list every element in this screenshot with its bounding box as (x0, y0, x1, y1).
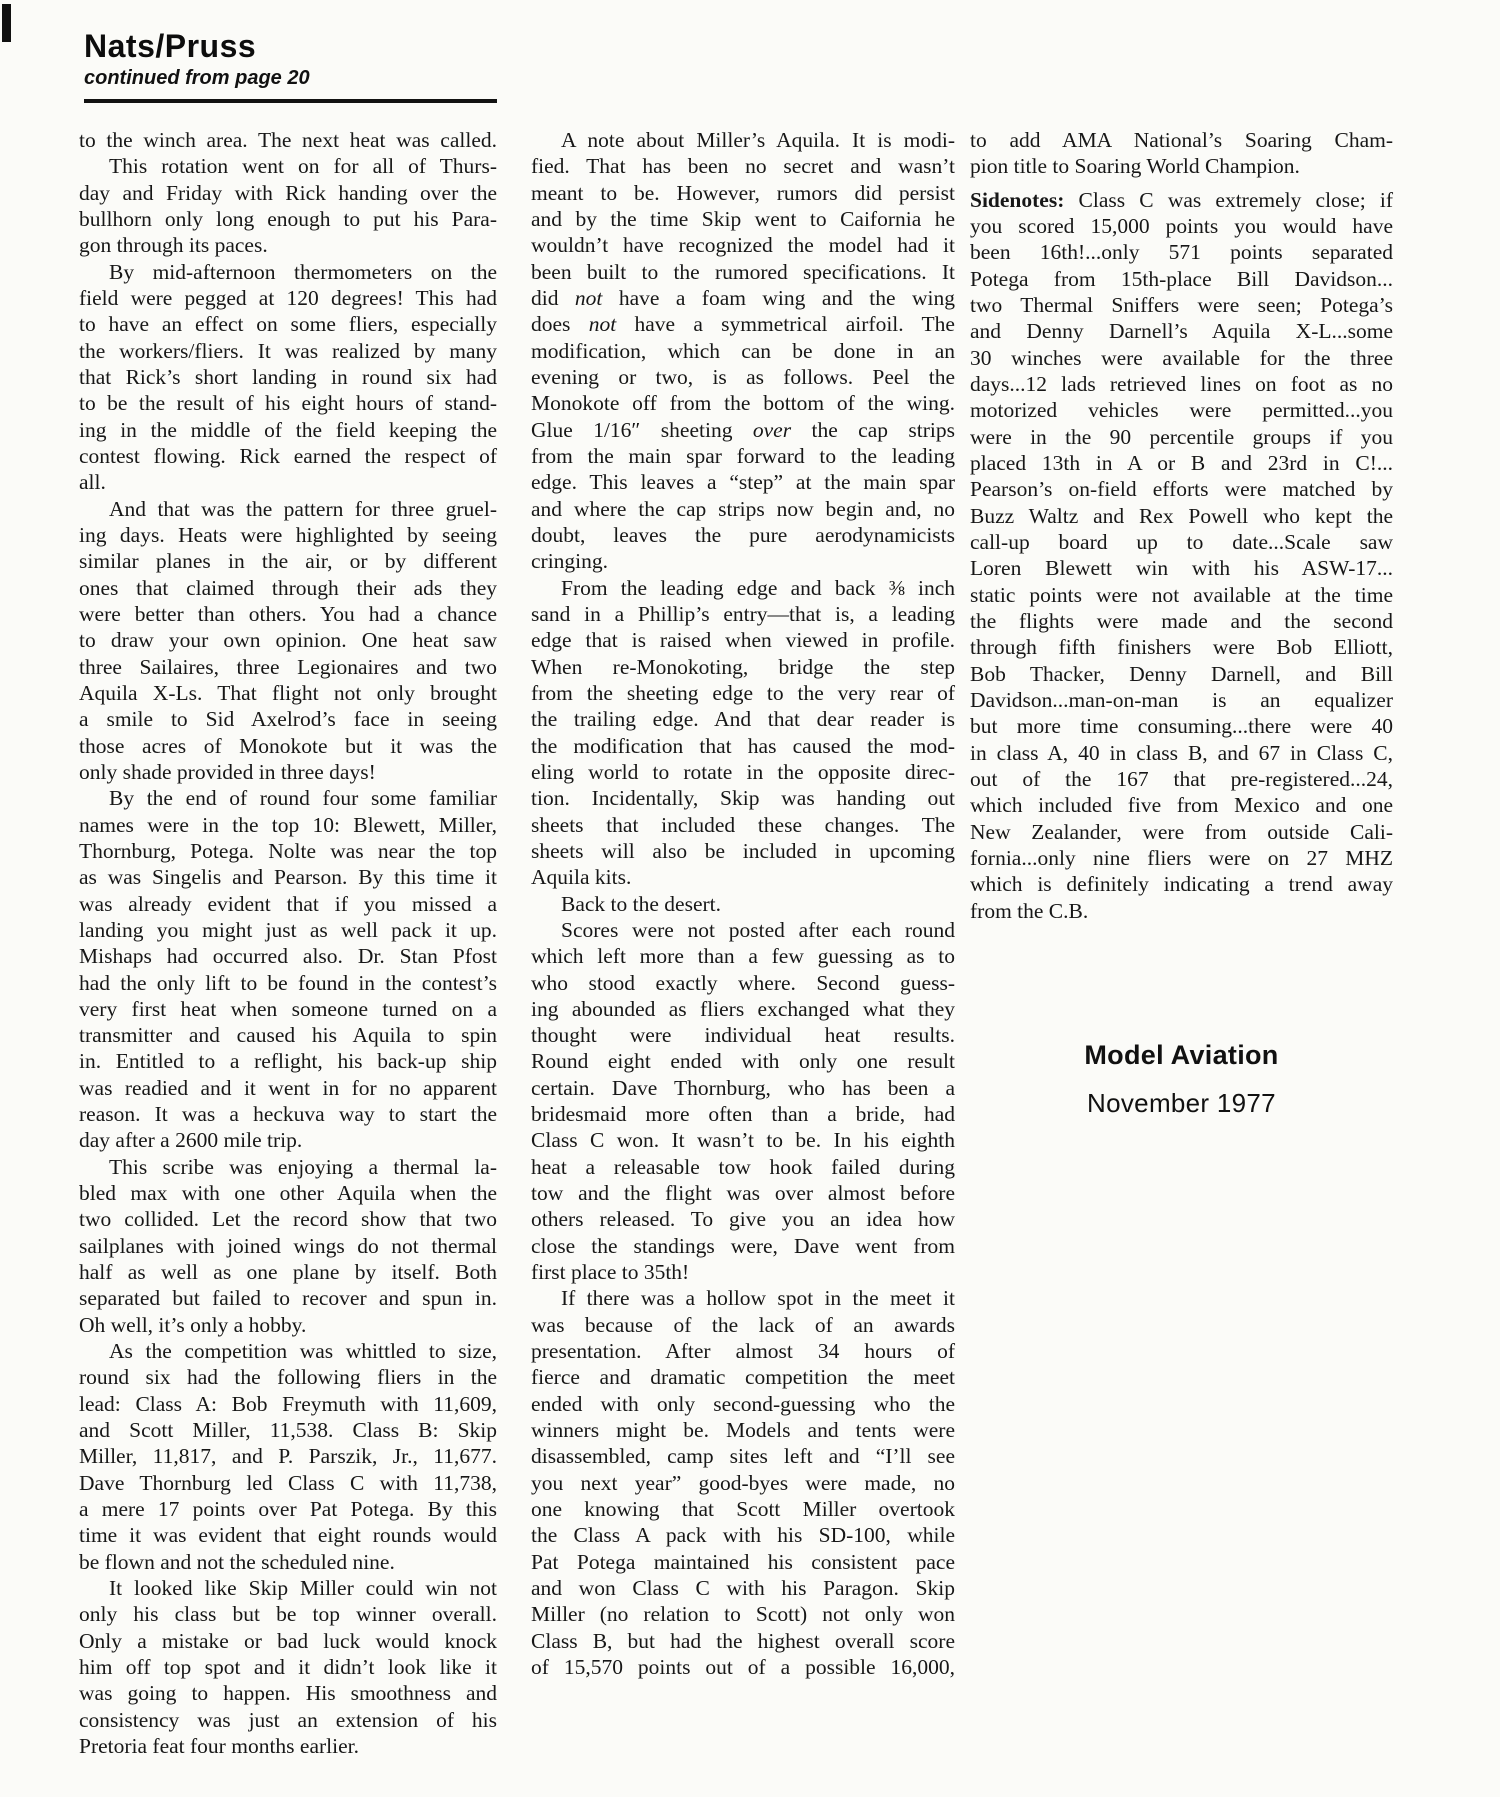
text-line: through fifth finishers were Bob Elliott… (970, 634, 1393, 660)
text-line: days...12 lads retrieved lines on foot a… (970, 371, 1393, 397)
text-line: the flights were made and the second (970, 608, 1393, 634)
scan-artifact (2, 4, 11, 42)
text-line: sand in a Phillip’s entry—that is, a lea… (531, 601, 955, 627)
text-line: in class A, 40 in class B, and 67 in Cla… (970, 740, 1393, 766)
magazine-attribution: Model Aviation November 1977 (970, 1040, 1393, 1119)
text-column-2: A note about Miller’s Aquila. It is modi… (531, 127, 955, 1680)
text-line: Potega from 15th-place Bill Davidson... (970, 266, 1393, 292)
text-line: ones that claimed through their ads they (79, 575, 497, 601)
text-line: By mid-afternoon thermometers on the (79, 259, 497, 285)
magazine-name: Model Aviation (970, 1040, 1393, 1071)
text-line: Mishaps had occurred also. Dr. Stan Pfos… (79, 943, 497, 969)
text-line: from the main spar forward to the leadin… (531, 443, 955, 469)
text-line: winners might be. Models and tents were (531, 1417, 955, 1443)
text-line: edge. This leaves a “step” at the main s… (531, 469, 955, 495)
text-line: meant to be. However, rumors did persist (531, 180, 955, 206)
text-line: was going to happen. His smoothness and (79, 1680, 497, 1706)
text-line: static points were not available at the … (970, 582, 1393, 608)
text-line: Loren Blewett win with his ASW-17... (970, 555, 1393, 581)
text-line: those acres of Monokote but it was the (79, 733, 497, 759)
text-line: names were in the top 10: Blewett, Mille… (79, 812, 497, 838)
text-line: ing abounded as fliers exchanged what th… (531, 996, 955, 1022)
text-line: Aquila X-Ls. That flight not only brough… (79, 680, 497, 706)
paragraph: Sidenotes: Class C was extremely close; … (970, 187, 1393, 924)
text-line: to the winch area. The next heat was cal… (79, 127, 497, 153)
text-line: eling world to rotate in the opposite di… (531, 759, 955, 785)
text-line: field were pegged at 120 degrees! This h… (79, 285, 497, 311)
text-line: Thornburg, Potega. Nolte was near the to… (79, 838, 497, 864)
text-line: When re-Monokoting, bridge the step (531, 654, 955, 680)
text-line: was because of the lack of an awards (531, 1312, 955, 1338)
text-line: sailplanes with joined wings do not ther… (79, 1233, 497, 1259)
text-line: been built to the rumored specifications… (531, 259, 955, 285)
text-line: Buzz Waltz and Rex Powell who kept the (970, 503, 1393, 529)
text-line: but more time consuming...there were 40 (970, 713, 1393, 739)
text-line: edge that is raised when viewed in profi… (531, 627, 955, 653)
text-line: Monokote off from the bottom of the wing… (531, 390, 955, 416)
text-line: thought were individual heat results. (531, 1022, 955, 1048)
text-line: heat a releasable tow hook failed during (531, 1154, 955, 1180)
paragraph: A note about Miller’s Aquila. It is modi… (531, 127, 955, 575)
text-line: three Sailaires, three Legionaires and t… (79, 654, 497, 680)
text-line: a mere 17 points over Pat Potega. By thi… (79, 1496, 497, 1522)
text-line: were in the 90 percentile groups if you (970, 424, 1393, 450)
text-line: lead: Class A: Bob Freymuth with 11,609, (79, 1391, 497, 1417)
text-line: out of the 167 that pre-registered...24, (970, 766, 1393, 792)
text-line: ing days. Heats were highlighted by seei… (79, 522, 497, 548)
paragraph: It looked like Skip Miller could win not… (79, 1575, 497, 1759)
text-line: gon through its paces. (79, 232, 497, 258)
text-line: contest flowing. Rick earned the respect… (79, 443, 497, 469)
text-line: and Scott Miller, 11,538. Class B: Skip (79, 1417, 497, 1443)
text-line: modification, which can be done in an (531, 338, 955, 364)
text-line: motorized vehicles were permitted...you (970, 397, 1393, 423)
text-line: Pearson’s on-field efforts were matched … (970, 476, 1393, 502)
text-line: the workers/fliers. It was realized by m… (79, 338, 497, 364)
text-line: were better than others. You had a chanc… (79, 601, 497, 627)
paragraph: By mid-afternoon thermometers on thefiel… (79, 259, 497, 496)
text-line: one knowing that Scott Miller overtook (531, 1496, 955, 1522)
paragraph: And that was the pattern for three gruel… (79, 496, 497, 786)
text-line: Back to the desert. (531, 891, 955, 917)
text-line: as was Singelis and Pearson. By this tim… (79, 864, 497, 890)
text-line: was already evident that if you missed a (79, 891, 497, 917)
paragraph: Back to the desert. (531, 891, 955, 917)
text-line: placed 13th in A or B and 23rd in C!... (970, 450, 1393, 476)
text-line: And that was the pattern for three gruel… (79, 496, 497, 522)
text-column-3: to add AMA National’s Soaring Cham-pion … (970, 127, 1393, 924)
paragraph: Scores were not posted after each roundw… (531, 917, 955, 1286)
text-line: you scored 15,000 points you would have (970, 213, 1393, 239)
text-line: a smile to Sid Axelrod’s face in seeing (79, 706, 497, 732)
text-line: day and Friday with Rick handing over th… (79, 180, 497, 206)
text-line: did not have a foam wing and the wing (531, 285, 955, 311)
text-line: fierce and dramatic competition the meet (531, 1364, 955, 1390)
text-line: in. Entitled to a reflight, his back-up … (79, 1048, 497, 1074)
text-line: been 16th!...only 571 points separated (970, 239, 1393, 265)
text-line: Class C won. It wasn’t to be. In his eig… (531, 1127, 955, 1153)
text-line: the modification that has caused the mod… (531, 733, 955, 759)
text-line: transmitter and caused his Aquila to spi… (79, 1022, 497, 1048)
text-line: which included five from Mexico and one (970, 792, 1393, 818)
text-line: and won Class C with his Paragon. Skip (531, 1575, 955, 1601)
text-line: sheets that included these changes. The (531, 812, 955, 838)
issue-date: November 1977 (970, 1088, 1393, 1119)
paragraph: This rotation went on for all of Thurs-d… (79, 153, 497, 258)
text-line: of 15,570 points out of a possible 16,00… (531, 1654, 955, 1680)
text-line: doubt, leaves the pure aerodynamicists (531, 522, 955, 548)
text-line: time it was evident that eight rounds wo… (79, 1522, 497, 1548)
text-line: to have an effect on some fliers, especi… (79, 311, 497, 337)
text-line: the trailing edge. And that dear reader … (531, 706, 955, 732)
text-line: tow and the flight was over almost befor… (531, 1180, 955, 1206)
text-line: New Zealander, were from outside Cali- (970, 819, 1393, 845)
text-line: which is definitely indicating a trend a… (970, 871, 1393, 897)
text-line: tion. Incidentally, Skip was handing out (531, 785, 955, 811)
header-rule (84, 99, 497, 103)
text-line: 30 winches were available for the three (970, 345, 1393, 371)
text-line: bled max with one other Aquila when the (79, 1180, 497, 1206)
text-line: who stood exactly where. Second guess- (531, 970, 955, 996)
text-line: Bob Thacker, Denny Darnell, and Bill (970, 661, 1393, 687)
text-line: pion title to Soaring World Champion. (970, 153, 1393, 179)
text-line: only shade provided in three days! (79, 759, 497, 785)
text-line: This scribe was enjoying a thermal la- (79, 1154, 497, 1180)
text-line: from the C.B. (970, 898, 1393, 924)
text-line: close the standings were, Dave went from (531, 1233, 955, 1259)
text-line: similar planes in the air, or by differe… (79, 548, 497, 574)
text-line: to draw your own opinion. One heat saw (79, 627, 497, 653)
text-line: two Thermal Sniffers were seen; Potega’s (970, 292, 1393, 318)
text-line: Dave Thornburg led Class C with 11,738, (79, 1470, 497, 1496)
text-line: which left more than a few guessing as t… (531, 943, 955, 969)
paragraph: From the leading edge and back ⅜ inchsan… (531, 575, 955, 891)
text-line: had the only lift to be found in the con… (79, 970, 497, 996)
paragraph: By the end of round four some familiarna… (79, 785, 497, 1154)
text-line: ended with only second-guessing who the (531, 1391, 955, 1417)
text-line: separated but failed to recover and spun… (79, 1285, 497, 1311)
text-line: This rotation went on for all of Thurs- (79, 153, 497, 179)
text-line: was readied and it went in for no appare… (79, 1075, 497, 1101)
text-line: half as well as one plane by itself. Bot… (79, 1259, 497, 1285)
text-line: and by the time Skip went to Caifornia h… (531, 206, 955, 232)
text-line: others released. To give you an idea how (531, 1206, 955, 1232)
text-line: that Rick’s short landing in round six h… (79, 364, 497, 390)
text-line: Oh well, it’s only a hobby. (79, 1312, 497, 1338)
text-line: If there was a hollow spot in the meet i… (531, 1285, 955, 1311)
text-line: Sidenotes: Class C was extremely close; … (970, 187, 1393, 213)
text-line: only his class but be top winner overall… (79, 1601, 497, 1627)
text-line: Davidson...man-on-man is an equalizer (970, 687, 1393, 713)
text-line: and Denny Darnell’s Aquila X-L...some (970, 318, 1393, 344)
text-line: ing in the middle of the field keeping t… (79, 417, 497, 443)
text-line: you next year” good-byes were made, no (531, 1470, 955, 1496)
text-line: to add AMA National’s Soaring Cham- (970, 127, 1393, 153)
paragraph: to add AMA National’s Soaring Cham-pion … (970, 127, 1393, 180)
text-line: From the leading edge and back ⅜ inch (531, 575, 955, 601)
paragraph: As the competition was whittled to size,… (79, 1338, 497, 1575)
text-line: sheets will also be included in upcoming (531, 838, 955, 864)
text-line: evening or two, is as follows. Peel the (531, 364, 955, 390)
text-line: does not have a symmetrical airfoil. The (531, 311, 955, 337)
text-line: Round eight ended with only one result (531, 1048, 955, 1074)
text-line: Glue 1/16″ sheeting over the cap strips (531, 417, 955, 443)
text-line: By the end of round four some familiar (79, 785, 497, 811)
text-line: cringing. (531, 548, 955, 574)
text-line: Class B, but had the highest overall sco… (531, 1628, 955, 1654)
paragraph: If there was a hollow spot in the meet i… (531, 1285, 955, 1680)
text-line: bullhorn only long enough to put his Par… (79, 206, 497, 232)
text-line: first place to 35th! (531, 1259, 955, 1285)
text-line: Pretoria feat four months earlier. (79, 1733, 497, 1759)
text-line: bridesmaid more often than a bride, had (531, 1101, 955, 1127)
text-line: round six had the following fliers in th… (79, 1364, 497, 1390)
text-line: Miller, 11,817, and P. Parszik, Jr., 11,… (79, 1443, 497, 1469)
text-line: It looked like Skip Miller could win not (79, 1575, 497, 1601)
text-line: wouldn’t have recognized the model had i… (531, 232, 955, 258)
text-line: fornia...only nine fliers were on 27 MHZ (970, 845, 1393, 871)
text-line: presentation. After almost 34 hours of (531, 1338, 955, 1364)
text-line: disassembled, camp sites left and “I’ll … (531, 1443, 955, 1469)
text-line: very first heat when someone turned on a (79, 996, 497, 1022)
text-line: fied. That has been no secret and wasn’t (531, 153, 955, 179)
article-title: Nats/Pruss (84, 30, 499, 64)
text-line: Aquila kits. (531, 864, 955, 890)
text-line: call-up board up to date...Scale saw (970, 529, 1393, 555)
text-line: consistency was just an extension of his (79, 1707, 497, 1733)
text-line: As the competition was whittled to size, (79, 1338, 497, 1364)
text-line: landing you might just as well pack it u… (79, 917, 497, 943)
paragraph: to the winch area. The next heat was cal… (79, 127, 497, 153)
text-column-1: to the winch area. The next heat was cal… (79, 127, 497, 1759)
text-line: the Class A pack with his SD-100, while (531, 1522, 955, 1548)
text-line: Pat Potega maintained his consistent pac… (531, 1549, 955, 1575)
text-line: Scores were not posted after each round (531, 917, 955, 943)
text-line: reason. It was a heckuva way to start th… (79, 1101, 497, 1127)
text-line: and where the cap strips now begin and, … (531, 496, 955, 522)
text-line: Miller (no relation to Scott) not only w… (531, 1601, 955, 1627)
text-line: Only a mistake or bad luck would knock (79, 1628, 497, 1654)
text-line: be flown and not the scheduled nine. (79, 1549, 497, 1575)
article-header: Nats/Pruss continued from page 20 (84, 30, 499, 103)
text-line: day after a 2600 mile trip. (79, 1127, 497, 1153)
text-line: him off top spot and it didn’t look like… (79, 1654, 497, 1680)
continued-from-note: continued from page 20 (84, 67, 499, 90)
paragraph: This scribe was enjoying a thermal la-bl… (79, 1154, 497, 1338)
text-line: to be the result of his eight hours of s… (79, 390, 497, 416)
text-line: all. (79, 469, 497, 495)
text-line: two collided. Let the record show that t… (79, 1206, 497, 1232)
text-line: from the sheeting edge to the very rear … (531, 680, 955, 706)
text-line: certain. Dave Thornburg, who has been a (531, 1075, 955, 1101)
text-line: A note about Miller’s Aquila. It is modi… (531, 127, 955, 153)
